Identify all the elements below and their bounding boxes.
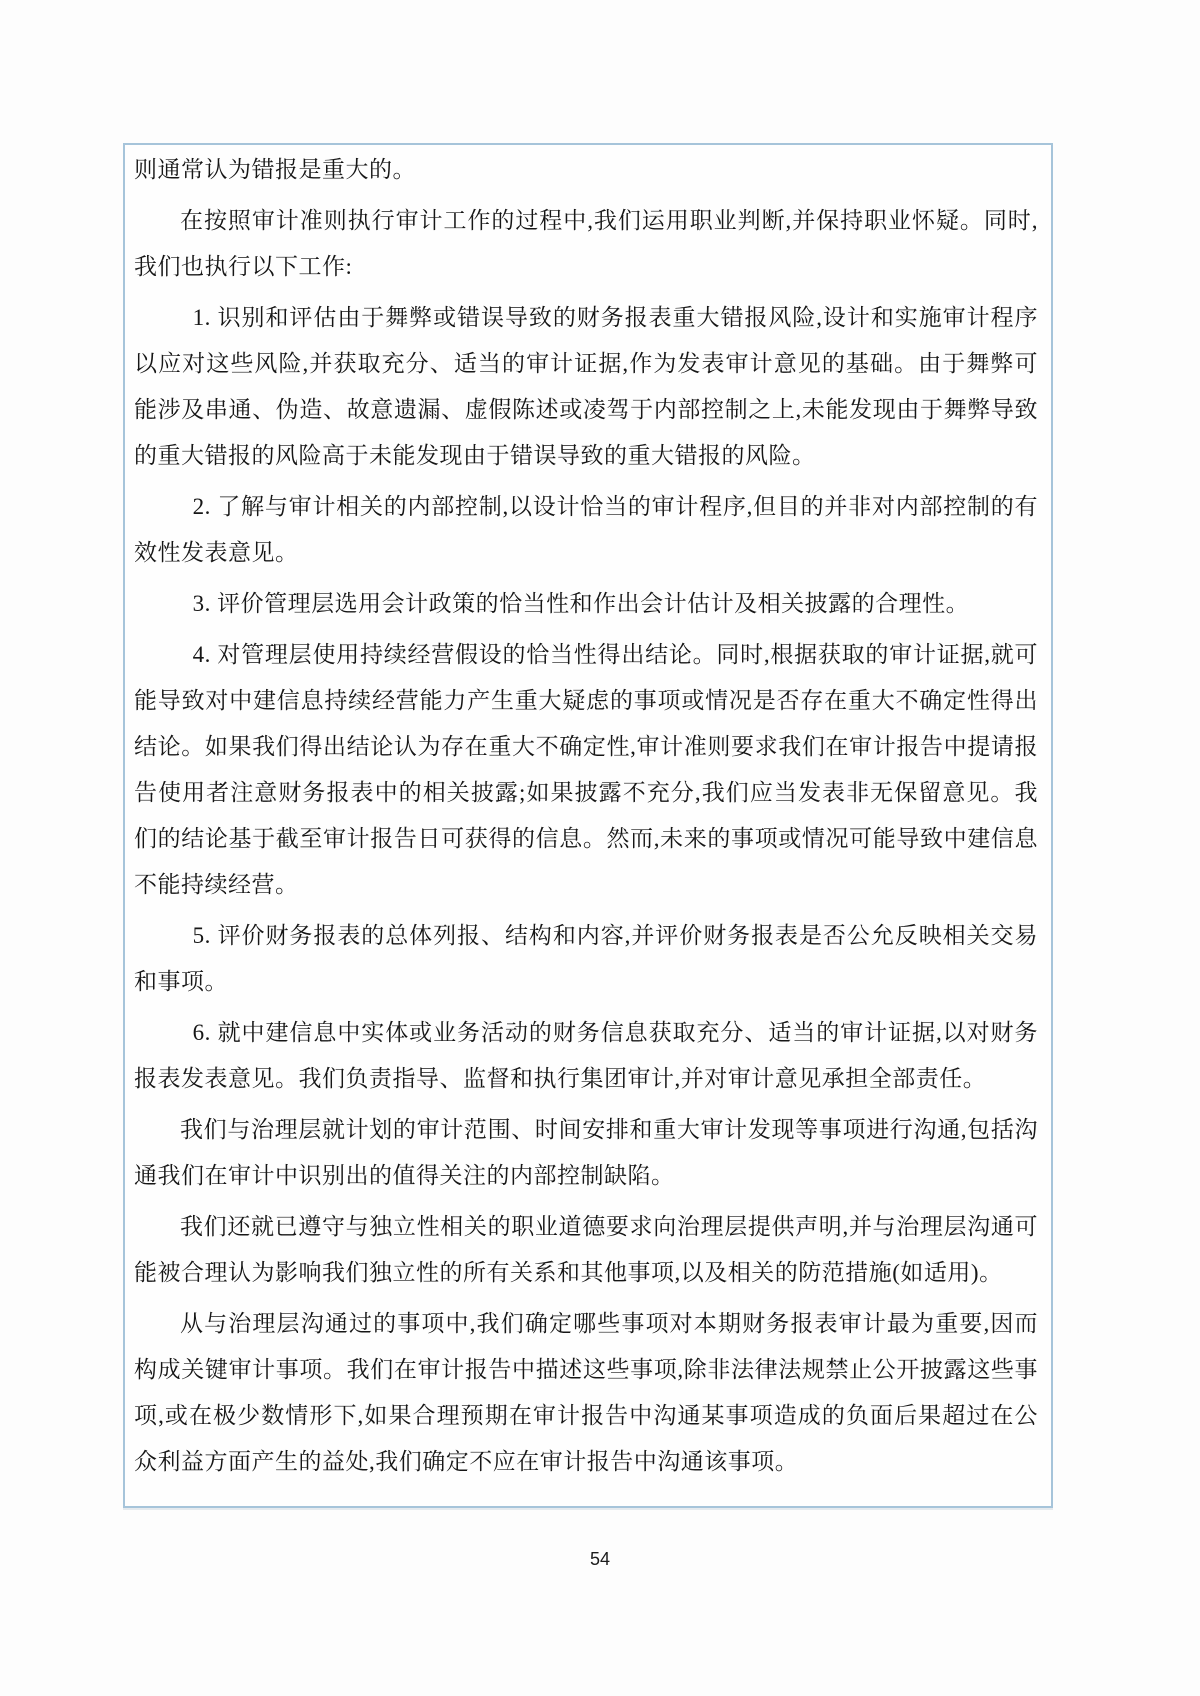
page-number: 54	[0, 1549, 1200, 1570]
paragraph: 我们与治理层就计划的审计范围、时间安排和重大审计发现等事项进行沟通,包括沟通我们…	[134, 1107, 1038, 1199]
paragraph: 6. 就中建信息中实体或业务活动的财务信息获取充分、适当的审计证据,以对财务报表…	[134, 1010, 1038, 1102]
text-frame: 则通常认为错报是重大的。在按照审计准则执行审计工作的过程中,我们运用职业判断,并…	[123, 143, 1053, 1508]
paragraph: 5. 评价财务报表的总体列报、结构和内容,并评价财务报表是否公允反映相关交易和事…	[134, 913, 1038, 1005]
paragraph: 3. 评价管理层选用会计政策的恰当性和作出会计估计及相关披露的合理性。	[134, 581, 1038, 627]
paragraph: 从与治理层沟通过的事项中,我们确定哪些事项对本期财务报表审计最为重要,因而构成关…	[134, 1301, 1038, 1485]
paragraph: 2. 了解与审计相关的内部控制,以设计恰当的审计程序,但目的并非对内部控制的有效…	[134, 484, 1038, 576]
paragraph: 1. 识别和评估由于舞弊或错误导致的财务报表重大错报风险,设计和实施审计程序以应…	[134, 295, 1038, 479]
paragraph: 在按照审计准则执行审计工作的过程中,我们运用职业判断,并保持职业怀疑。同时,我们…	[134, 198, 1038, 290]
document-body: 则通常认为错报是重大的。在按照审计准则执行审计工作的过程中,我们运用职业判断,并…	[134, 147, 1038, 1485]
paragraph: 4. 对管理层使用持续经营假设的恰当性得出结论。同时,根据获取的审计证据,就可能…	[134, 632, 1038, 908]
paragraph: 我们还就已遵守与独立性相关的职业道德要求向治理层提供声明,并与治理层沟通可能被合…	[134, 1204, 1038, 1296]
document-page: 则通常认为错报是重大的。在按照审计准则执行审计工作的过程中,我们运用职业判断,并…	[0, 0, 1200, 1696]
paragraph: 则通常认为错报是重大的。	[134, 147, 1038, 193]
